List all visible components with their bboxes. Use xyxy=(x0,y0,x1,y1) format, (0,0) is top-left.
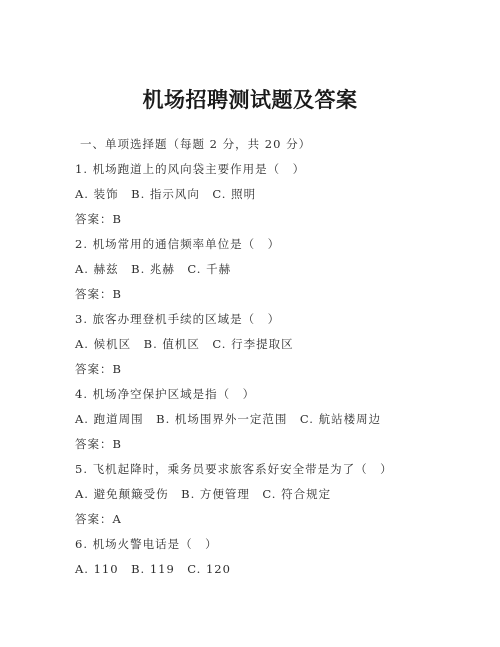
question-text: 2. 机场常用的通信频率单位是（ ） xyxy=(75,237,280,251)
question-text: 1. 机场跑道上的风向袋主要作用是（ ） xyxy=(75,162,305,176)
question-text: 4. 机场净空保护区域是指（ ） xyxy=(75,387,255,401)
question-options: A. 跑道周围 B. 机场围界外一定范围 C. 航站楼周边 xyxy=(75,412,381,426)
question-answer: 答案：B xyxy=(75,437,122,451)
question-options: A. 装饰 B. 指示风向 C. 照明 xyxy=(75,187,256,201)
question-options: A. 110 B. 119 C. 120 xyxy=(75,562,231,576)
section-heading: 一、单项选择题（每题 2 分，共 20 分） xyxy=(80,137,311,151)
question-options: A. 避免颠簸受伤 B. 方便管理 C. 符合规定 xyxy=(75,487,331,501)
question-answer: 答案：B xyxy=(75,362,122,376)
question-options: A. 赫兹 B. 兆赫 C. 千赫 xyxy=(75,262,231,276)
question-text: 5. 飞机起降时，乘务员要求旅客系好安全带是为了（ ） xyxy=(75,462,393,476)
question-text: 3. 旅客办理登机手续的区域是（ ） xyxy=(75,312,280,326)
question-answer: 答案：B xyxy=(75,212,122,226)
document-page: 机场招聘测试题及答案 一、单项选择题（每题 2 分，共 20 分） 1. 机场跑… xyxy=(0,0,500,647)
question-options: A. 候机区 B. 值机区 C. 行李提取区 xyxy=(75,337,294,351)
document-title: 机场招聘测试题及答案 xyxy=(0,84,500,114)
question-answer: 答案：B xyxy=(75,287,122,301)
question-answer: 答案：A xyxy=(75,512,122,526)
question-text: 6. 机场火警电话是（ ） xyxy=(75,537,218,551)
